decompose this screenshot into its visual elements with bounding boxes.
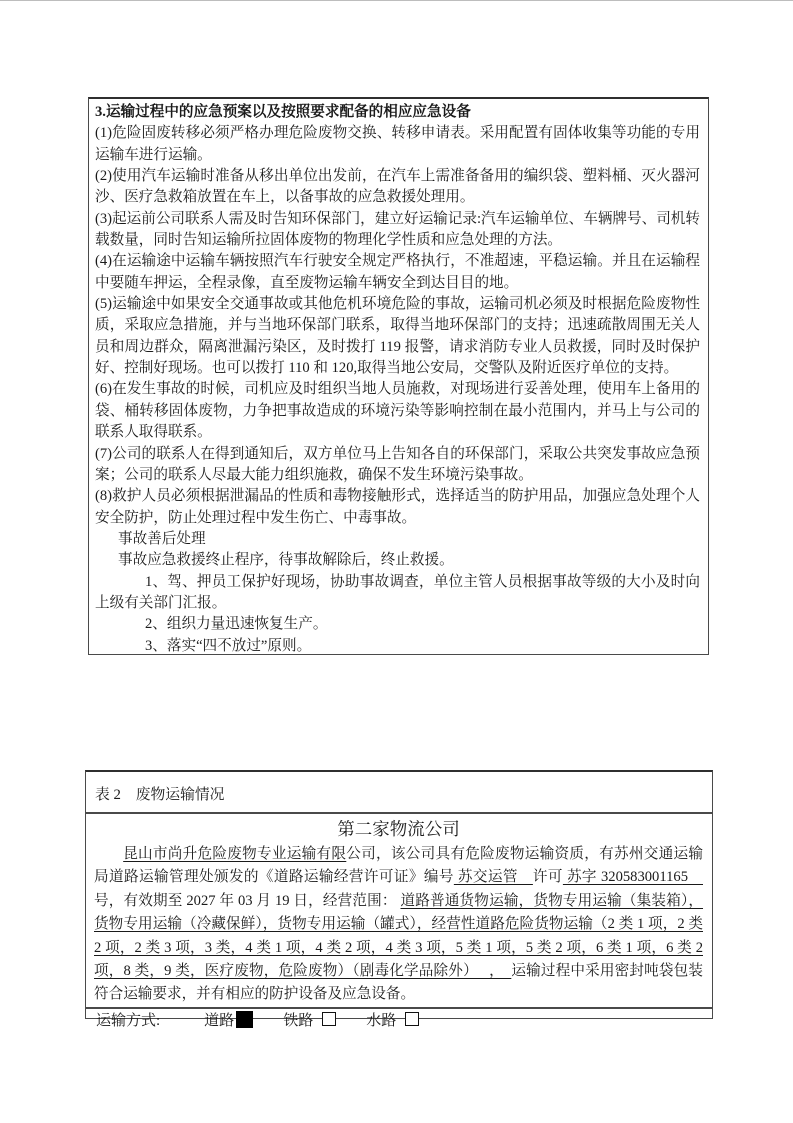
transport-option-rail: 铁路 [283, 1009, 336, 1030]
plan-paragraph-7: (7)公司的联系人在得到通知后，双方单位马上告知各自的环保部门，采取公共突发事故… [95, 444, 700, 487]
transport-option-rail-label: 铁路 [283, 1009, 313, 1030]
para-seg-5: 号，有效期至 2027 年 03 月 19 日，经营范围： [94, 893, 401, 909]
plan-paragraph-8: (8)救护人员必须根据泄漏品的性质和毒物接触形式，选择适当的防护用品，加强应急处… [95, 486, 700, 529]
plan-paragraph-3: (3)起运前公司联系人需及时告知环保部门，建立好运输记录:汽车运输单位、车辆牌号… [95, 209, 700, 252]
company-heading: 第二家物流公司 [94, 816, 703, 842]
company-name-underlined: 昆山市尚升危险废物专业运输有限 [123, 846, 346, 862]
plan-paragraph-4: (4)在运输途中运输车辆按照汽车行驶安全规定严格执行，不准超速，平稳运输。并且在… [95, 251, 700, 294]
transport-option-water: 水路 [366, 1009, 419, 1030]
table-label-row: 表 2 废物运输情况 [86, 772, 712, 814]
road-checkbox-icon [236, 1011, 253, 1028]
transport-option-road: 道路 [204, 1009, 253, 1030]
section-title: 3.运输过程中的应急预案以及按照要求配备的相应应急设备 [95, 102, 700, 123]
plan-paragraph-1: (1)危险固废转移必须严格办理危险废物交换、转移申请表。采用配置有固体收集等功能… [95, 123, 700, 166]
water-checkbox-icon [405, 1012, 419, 1026]
aftermath-heading: 事故善后处理 [95, 529, 700, 550]
transport-option-water-label: 水路 [366, 1009, 396, 1030]
waste-transport-table: 表 2 废物运输情况 第二家物流公司 昆山市尚升危险废物专业运输有限公司，该公司… [85, 770, 713, 1019]
company-info-cell: 第二家物流公司 昆山市尚升危险废物专业运输有限公司，该公司具有危险废物运输资质，… [86, 814, 712, 1007]
scan-edge-artifact [0, 0, 793, 1]
para-seg-3: 许可 [533, 869, 563, 885]
transport-option-road-label: 道路 [204, 1009, 234, 1030]
emergency-plan-section: 3.运输过程中的应急预案以及按照要求配备的相应应急设备 (1)危险固废转移必须严… [88, 97, 709, 655]
rail-checkbox-icon [322, 1012, 336, 1026]
transport-mode-label: 运输方式: [96, 1009, 160, 1030]
plan-paragraph-5: (5)运输途中如果安全交通事故或其他危机环境危险的事故，运输司机必须及时根据危险… [95, 294, 700, 379]
aftermath-item-2: 2、组织力量迅速恢复生产。 [95, 614, 700, 635]
aftermath-item-1: 1、驾、押员工保护好现场，协助事故调查，单位主管人员根据事故等级的大小及时向上级… [95, 572, 700, 615]
aftermath-item-3: 3、落实“四不放过”原则。 [95, 636, 700, 657]
table-label: 表 2 废物运输情况 [95, 787, 224, 803]
company-paragraph: 昆山市尚升危险废物专业运输有限公司，该公司具有危险废物运输资质，有苏州交通运输局… [94, 843, 703, 1007]
transport-mode-row: 运输方式: 道路 铁路 水路 [86, 1007, 712, 1030]
permit-number-underlined: 苏字 320583001165 [563, 869, 703, 885]
aftermath-intro: 事故应急救援终止程序，待事故解除后，终止救援。 [95, 550, 700, 571]
plan-paragraph-6: (6)在发生事故的时候，司机应及时组织当地人员施救，对现场进行妥善处理，使用车上… [95, 379, 700, 443]
permit-office-underlined: 苏交运管 [454, 869, 533, 885]
plan-paragraph-2: (2)使用汽车运输时准备从移出单位出发前，在汽车上需准备备用的编织袋、塑料桶、灭… [95, 166, 700, 209]
